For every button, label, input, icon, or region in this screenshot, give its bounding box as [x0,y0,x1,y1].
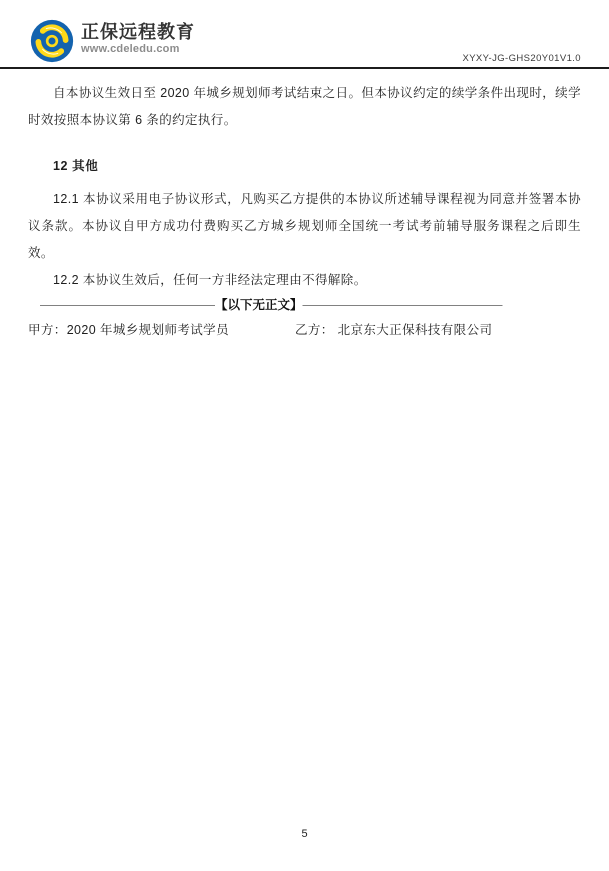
page-footer: 5 [0,828,609,840]
signature-parties-row: 甲方：2020 年城乡规划师考试学员 乙方： 北京东大正保科技有限公司 [28,317,581,344]
paragraph-validity-term: 自本协议生效日至 2020 年城乡规划师考试结束之日。但本协议约定的续学条件出现… [28,80,581,134]
brand-name: 正保远程教育 [81,22,195,42]
party-a-label: 甲方：2020 年城乡规划师考试学员 [28,317,295,344]
document-code: XYXY-JG-GHS20Y01V1.0 [462,53,581,64]
brand-text: 正保远程教育 www.cdeledu.com [81,19,195,63]
no-body-text-separator: ——————————————【以下无正文】———————————————— [28,294,581,317]
brand-block: 正保远程教育 www.cdeledu.com [30,19,195,63]
brand-logo-icon [30,19,74,63]
page-header: 正保远程教育 www.cdeledu.com XYXY-JG-GHS20Y01V… [0,0,609,69]
page-number: 5 [301,828,307,840]
paragraph-clause-12-2: 12.2 本协议生效后，任何一方非经法定理由不得解除。 [28,267,581,294]
separator-dashes-left: —————————————— [40,298,215,312]
brand-website: www.cdeledu.com [81,42,195,56]
section-heading-12-other: 12 其他 [28,153,581,179]
separator-dashes-right: ———————————————— [303,298,503,312]
document-body: 自本协议生效日至 2020 年城乡规划师考试结束之日。但本协议约定的续学条件出现… [0,69,609,344]
separator-label: 【以下无正文】 [215,298,303,312]
party-b-label: 乙方： 北京东大正保科技有限公司 [295,317,492,344]
paragraph-clause-12-1: 12.1 本协议采用电子协议形式，凡购买乙方提供的本协议所述辅导课程视为同意并签… [28,186,581,267]
document-page: 正保远程教育 www.cdeledu.com XYXY-JG-GHS20Y01V… [0,0,609,871]
